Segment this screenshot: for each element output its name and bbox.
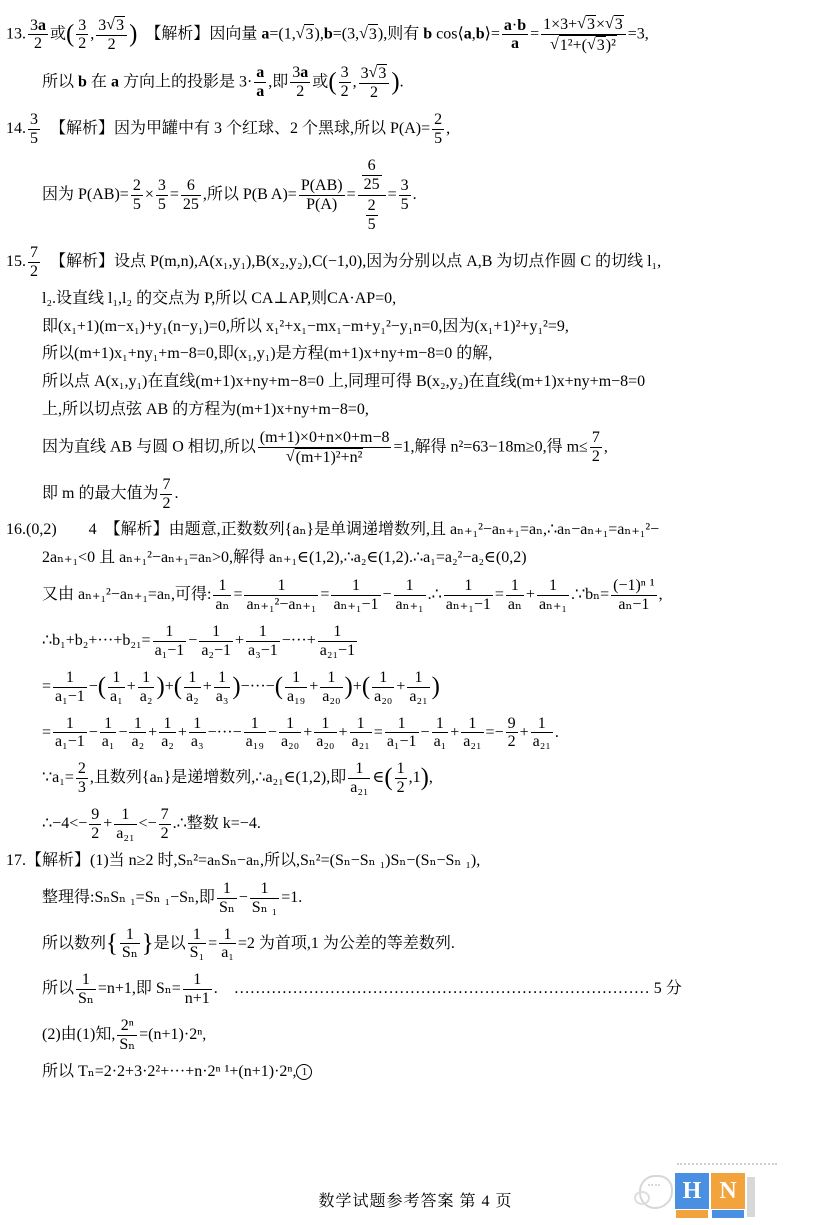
solution-line: 又由 aₙ₊₁²−aₙ₊₁=aₙ,可得:1aₙ=1aₙ₊₁²−aₙ₊₁=1aₙ₊… [42, 576, 823, 615]
logo-tile-h: H [675, 1173, 709, 1209]
solution-line: (2)由(1)知,2ⁿSₙ=(n+1)·2ⁿ, [42, 1016, 823, 1055]
solution-line: l₂.设直线 l₁,l₂ 的交点为 P,所以 CA⊥AP,则CA·AP=0, [42, 289, 823, 310]
solution-line: 因为直线 AB 与圆 O 相切,所以(m+1)×0+n×0+m−8√(m+1)²… [42, 428, 823, 468]
solution-line: ∵a₁=23,且数列{aₙ}是递增数列,∴a₂₁∈(1,2),即1a₂₁∈(12… [42, 759, 823, 798]
logo-letter-n: N [719, 1178, 736, 1204]
logo-tile-n: N [711, 1173, 745, 1209]
solution-line: 17.【解析】(1)当 n≥2 时,Sₙ²=aₙSₙ−aₙ,所以,Sₙ²=(Sₙ… [6, 851, 823, 872]
solution-line: =1a₁−1−1a₁−1a₂+1a₂+1a₃−···−1a₁₉−1a₂₀+1a₂… [42, 714, 823, 753]
problem-17: 17.【解析】(1)当 n≥2 时,Sₙ²=aₙSₙ−aₙ,所以,Sₙ²=(Sₙ… [6, 851, 823, 1083]
solution-line: 所以点 A(x₁,y₁)在直线(m+1)x+ny+m−8=0 上,同理可得 B(… [42, 372, 823, 393]
solution-line: =1a₁−1−(1a₁+1a₂)+(1a₂+1a₃)−···−(1a₁₉+1a₂… [42, 668, 823, 707]
solution-line: 15.72 【解析】设点 P(m,n),A(x₁,y₁),B(x₂,y₂),C(… [6, 243, 823, 282]
solution-line: 2aₙ₊₁<0 且 aₙ₊₁²−aₙ₊₁=aₙ>0,解得 aₙ₊₁∈(1,2),… [42, 548, 823, 569]
solution-line: 整理得:SₙSₙ ₁=Sₙ ₁−Sₙ,即1Sₙ−1Sₙ ₁=1. [42, 879, 823, 918]
problem-13: 13.3a2或(32,3√32) 【解析】因向量 a=(1,√3),b=(3,√… [6, 14, 823, 103]
solution-line: 上,所以切点弦 AB 的方程为(m+1)x+ny+m−8=0, [42, 400, 823, 421]
solution-line: 即 m 的最大值为72. [42, 475, 823, 514]
solution-line: 所以数列{1Sₙ}是以1S₁=1a₁=2 为首项,1 为公差的等差数列. [42, 925, 823, 964]
logo-strip-orange [676, 1210, 708, 1218]
logo-sketch-face [639, 1175, 673, 1209]
solution-line: 所以(m+1)x₁+ny₁+m−8=0,即(x₁,y₁)是方程(m+1)x+ny… [42, 344, 823, 365]
solution-line: 14.35 【解析】因为甲罐中有 3 个红球、2 个黑球,所以 P(A)=25, [6, 110, 823, 149]
logo-strip-blue [712, 1210, 744, 1218]
solution-line: 因为 P(AB)=25×35=625,所以 P(B A)=P(AB)P(A)=6… [42, 155, 823, 236]
solution-line: ∴−4<−92+1a₂₁<−72.∴整数 k=−4. [42, 805, 823, 844]
solution-line: 16.(0,2) 4 【解析】由题意,正数数列{aₙ}是单调递增数列,且 aₙ₊… [6, 520, 823, 541]
solution-line: 所以 Tₙ=2·2+3·2²+···+n·2ⁿ ¹+(n+1)·2ⁿ,1 [42, 1062, 823, 1083]
problem-14: 14.35 【解析】因为甲罐中有 3 个红球、2 个黑球,所以 P(A)=25,… [6, 110, 823, 236]
solution-line: 所以1Sₙ=n+1,即 Sₙ=1n+1. …………………………………………………… [42, 970, 823, 1009]
solution-line: 所以 b 在 a 方向上的投影是 3·aa,即3a2或(32,3√32). [42, 63, 823, 103]
problem-15: 15.72 【解析】设点 P(m,n),A(x₁,y₁),B(x₂,y₂),C(… [6, 243, 823, 513]
problem-16: 16.(0,2) 4 【解析】由题意,正数数列{aₙ}是单调递增数列,且 aₙ₊… [6, 520, 823, 843]
logo-fine-print [677, 1163, 777, 1171]
logo-letter-h: H [683, 1178, 702, 1204]
answer-sheet-page: 13.3a2或(32,3√32) 【解析】因向量 a=(1,√3),b=(3,√… [0, 0, 831, 1225]
solution-line: 即(x₁+1)(m−x₁)+y₁(n−y₁)=0,所以 x₁²+x₁−mx₁−m… [42, 317, 823, 338]
logo-shadow [747, 1177, 755, 1217]
problems: 13.3a2或(32,3√32) 【解析】因向量 a=(1,√3),b=(3,√… [6, 14, 823, 1083]
solution-line: 13.3a2或(32,3√32) 【解析】因向量 a=(1,√3),b=(3,√… [6, 14, 823, 56]
solution-line: ∴b₁+b₂+···+b₂₁=1a₁−1−1a₂−1+1a₃−1−···+1a₂… [42, 622, 823, 661]
hn-logo: H N [639, 1161, 779, 1223]
